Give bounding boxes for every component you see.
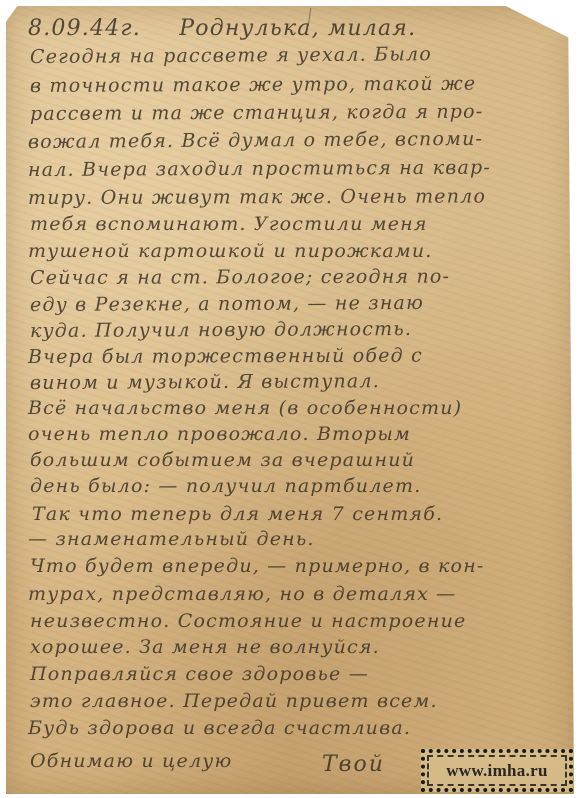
letter-line: Поправляйся свое здоровье — xyxy=(30,663,369,685)
letter-signature: Твой xyxy=(322,752,385,777)
letter-line: день было: — получил партбилет. xyxy=(30,475,421,497)
letter-line: неизвестно. Состояние и настроение xyxy=(30,610,466,632)
letter-line: Сегодня на рассвете я уехал. Было xyxy=(30,43,432,68)
letter-line: тебя вспоминают. Угостили меня xyxy=(30,213,428,235)
letter-line: вожал тебя. Всё думал о тебе, вспоми- xyxy=(28,128,483,153)
letter-line: Что будет впереди, — примерно, в кон- xyxy=(30,555,485,577)
letter-line: Так что теперь для меня 7 сентяб. xyxy=(32,503,443,525)
letter-date: 8.09.44г. xyxy=(28,16,141,41)
letter-line: тушеной картошкой и пирожками. xyxy=(28,240,433,262)
letter-line: хорошее. За меня не волнуйся. xyxy=(30,636,380,658)
letter-line: турах, представляю, но в деталях — xyxy=(28,583,457,605)
letter-line: еду в Резекне, а потом, — не знаю xyxy=(30,292,424,316)
letter-header: 8.09.44г. Роднулька, милая. xyxy=(28,16,416,41)
letter-line: — знаменательный день. xyxy=(28,528,315,550)
letter-line: Сейчас я на ст. Бологое; сегодня по- xyxy=(30,266,450,289)
letter-line: куда. Получил новую должность. xyxy=(30,318,412,342)
letter-line: в точности такое же утро, такой же xyxy=(30,73,476,97)
watermark-stamp: www.imha.ru xyxy=(421,749,573,792)
letter-line: тиру. Они живут так же. Очень тепло xyxy=(28,185,486,209)
letter-line: Всё начальство меня (в особенности) xyxy=(28,397,462,419)
letter-salutation: Роднулька, милая. xyxy=(179,16,416,41)
postcard-paper: 8.09.44г. Роднулька, милая. Сегодня на р… xyxy=(6,6,574,794)
letter-line: вином и музыкой. Я выступал. xyxy=(30,370,380,394)
letter-line: большим событием за вчерашний xyxy=(30,449,415,471)
letter-line: Будь здорова и всегда счастлива. xyxy=(28,717,411,739)
letter-line: рассвет и та же станция, когда я про- xyxy=(30,101,484,125)
letter-line: очень тепло провожало. Вторым xyxy=(28,423,411,445)
letter-closing: Обнимаю и целую xyxy=(30,750,232,772)
letter-line: Вчера был торжественный обед с xyxy=(28,345,423,368)
watermark-text: www.imha.ru xyxy=(446,761,548,781)
letter-line: нал. Вчера заходил проститься на квар- xyxy=(28,157,491,181)
letter-line: это главное. Передай привет всем. xyxy=(30,690,438,712)
